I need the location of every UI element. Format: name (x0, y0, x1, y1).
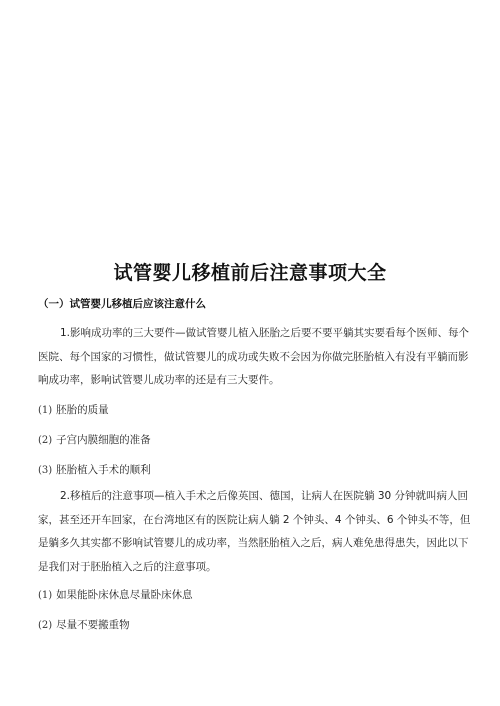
list-item: (1)胚胎的质量 (38, 402, 109, 417)
list-text: 如果能卧床休息尽量卧床休息 (56, 589, 193, 601)
list-text: 尽量不要搬重物 (56, 619, 130, 631)
list-item: (3)胚胎植入手术的顺利 (38, 462, 151, 477)
list-item: (1)如果能卧床休息尽量卧床休息 (38, 587, 193, 602)
list-number: (2) (38, 435, 52, 446)
section-heading: （一）试管婴儿移植后应该注意什么 (38, 296, 206, 311)
paragraph-post-transfer: 2.移植后的注意事项—植入手术之后像英国、德国，让病人在医院躺 30 分钟就叫病… (38, 485, 472, 579)
document-page: 试管婴儿移植前后注意事项大全 （一）试管婴儿移植后应该注意什么 1.影响成功率的… (0, 0, 500, 706)
list-text: 胚胎的质量 (56, 404, 109, 416)
list-number: (3) (38, 465, 52, 476)
document-title: 试管婴儿移植前后注意事项大全 (0, 258, 500, 285)
list-item: (2)尽量不要搬重物 (38, 617, 130, 632)
list-number: (2) (38, 620, 52, 631)
list-number: (1) (38, 405, 52, 416)
list-number: (1) (38, 590, 52, 601)
list-text: 子宫内膜细胞的准备 (56, 434, 151, 446)
paragraph-success-factors: 1.影响成功率的三大要件—做试管婴儿植入胚胎之后要不要平躺其实要看每个医师、每个… (38, 322, 472, 393)
list-item: (2)子宫内膜细胞的准备 (38, 432, 151, 447)
list-text: 胚胎植入手术的顺利 (56, 464, 151, 476)
